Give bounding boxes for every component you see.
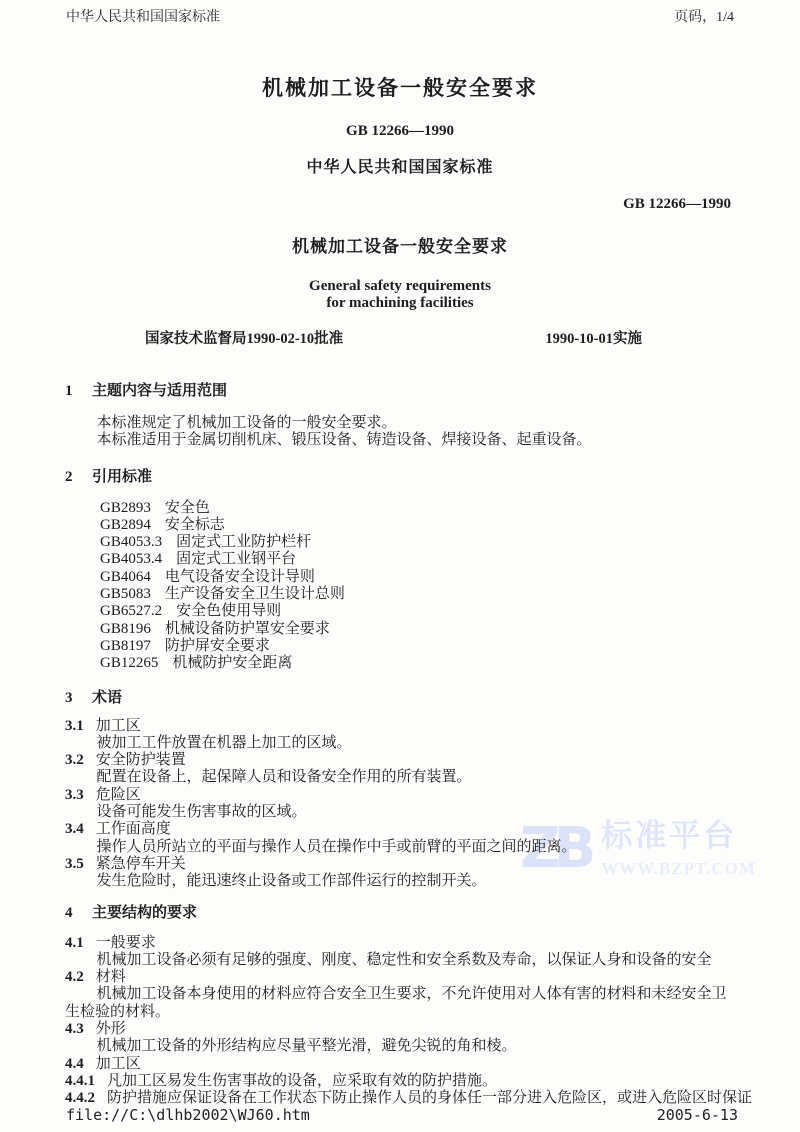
- clause-body: 机械加工设备的外形结构应尽量平整光滑，避免尖锐的角和棱。: [65, 1038, 735, 1055]
- reference-item: GB8196机械设备防护罩安全要求: [100, 621, 735, 638]
- header-standard-label: 中华人民共和国国家标准: [66, 6, 220, 26]
- section-1-heading: 1主题内容与适用范围: [65, 379, 735, 400]
- reference-item: GB6527.2安全色使用导则: [100, 603, 735, 620]
- standard-number: GB 12266—1990: [65, 123, 735, 140]
- term-definition: 设备可能发生伤害事故的区域。: [65, 804, 735, 821]
- effective-date: 1990-10-01实施: [545, 327, 642, 348]
- footer-file-path: file://C:\dlhb2002\WJ60.htm: [66, 1106, 310, 1124]
- section-4-heading: 4主要结构的要求: [65, 901, 735, 922]
- reference-item: GB2894安全标志: [100, 517, 735, 534]
- document-title: 机械加工设备一般安全要求: [65, 232, 735, 257]
- term-definition: 操作人员所站立的平面与操作人员在操作中手或前臂的平面之间的距离。: [65, 839, 735, 856]
- page-footer: file://C:\dlhb2002\WJ60.htm 2005-6-13: [66, 1106, 738, 1124]
- section-2-heading: 2引用标准: [65, 465, 735, 486]
- paragraph: 本标准规定了机械加工设备的一般安全要求。: [65, 415, 735, 432]
- term-definition: 发生危险时，能迅速终止设备或工作部件运行的控制开关。: [65, 873, 735, 890]
- footer-date: 2005-6-13: [657, 1106, 738, 1124]
- reference-item: GB4064电气设备安全设计导则: [100, 569, 735, 586]
- clause-row: 4.1一般要求: [65, 935, 735, 952]
- term-row: 3.1加工区: [65, 718, 735, 735]
- reference-item: GB4053.4固定式工业钢平台: [100, 551, 735, 568]
- document-page: 机械加工设备一般安全要求 GB 12266—1990 中华人民共和国国家标准 G…: [65, 0, 735, 1108]
- section-4-number: 4: [65, 905, 92, 922]
- page-number: 页码，1/4: [674, 6, 734, 26]
- reference-item: GB12265机械防护安全距离: [100, 655, 735, 672]
- english-title-line2: for machining facilities: [65, 295, 735, 312]
- term-row: 3.3危险区: [65, 787, 735, 804]
- clause-row: 4.4.2防护措施应保证设备在工作状态下防止操作人员的身体任一部分进入危险区，或…: [65, 1090, 735, 1107]
- term-row: 3.4工作面高度: [65, 821, 735, 838]
- section-2-number: 2: [65, 469, 92, 486]
- paragraph: 本标准适用于金属切削机床、锻压设备、铸造设备、焊接设备、起重设备。: [65, 432, 735, 449]
- approval-row: 国家技术监督局1990-02-10批准 1990-10-01实施: [65, 327, 735, 348]
- english-title-line1: General safety requirements: [65, 278, 735, 295]
- term-row: 3.5紧急停车开关: [65, 856, 735, 873]
- reference-item: GB8197防护屏安全要求: [100, 638, 735, 655]
- term-definition: 被加工工件放置在机器上加工的区域。: [65, 735, 735, 752]
- main-title: 机械加工设备一般安全要求: [65, 72, 735, 102]
- section-1-body: 本标准规定了机械加工设备的一般安全要求。 本标准适用于金属切削机床、锻压设备、铸…: [65, 415, 735, 450]
- requirements-list: 4.1一般要求 机械加工设备必须有足够的强度、刚度、稳定性和安全系数及寿命，以保…: [65, 935, 735, 1108]
- reference-item: GB5083生产设备安全卫生设计总则: [100, 586, 735, 603]
- reference-item: GB4053.3固定式工业防护栏杆: [100, 534, 735, 551]
- clause-row: 4.4加工区: [65, 1056, 735, 1073]
- section-3-heading: 3术语: [65, 686, 735, 707]
- page-header: 中华人民共和国国家标准 页码，1/4: [66, 6, 734, 26]
- national-standard-label: 中华人民共和国国家标准: [65, 154, 735, 177]
- standard-number-right: GB 12266—1990: [65, 196, 735, 213]
- section-4-title: 主要结构的要求: [92, 905, 197, 921]
- section-2-title: 引用标准: [92, 469, 152, 485]
- section-3-title: 术语: [92, 690, 122, 706]
- terms-list: 3.1加工区 被加工工件放置在机器上加工的区域。 3.2安全防护装置 配置在设备…: [65, 718, 735, 891]
- section-3-number: 3: [65, 690, 92, 707]
- clause-row: 4.4.1凡加工区易发生伤害事故的设备，应采取有效的防护措施。: [65, 1073, 735, 1090]
- clause-body: 机械加工设备必须有足够的强度、刚度、稳定性和安全系数及寿命，以保证人身和设备的安…: [65, 952, 735, 969]
- clause-body: 机械加工设备本身使用的材料应符合安全卫生要求，不允许使用对人体有害的材料和未经安…: [65, 986, 735, 1021]
- term-row: 3.2安全防护装置: [65, 752, 735, 769]
- clause-row: 4.2材料: [65, 969, 735, 986]
- term-definition: 配置在设备上，起保障人员和设备安全作用的所有装置。: [65, 769, 735, 786]
- section-1-number: 1: [65, 383, 92, 400]
- section-1-title: 主题内容与适用范围: [92, 383, 227, 399]
- approval-authority: 国家技术监督局1990-02-10批准: [145, 327, 343, 348]
- clause-row: 4.3外形: [65, 1021, 735, 1038]
- reference-item: GB2893安全色: [100, 500, 735, 517]
- reference-list: GB2893安全色 GB2894安全标志 GB4053.3固定式工业防护栏杆 G…: [65, 500, 735, 673]
